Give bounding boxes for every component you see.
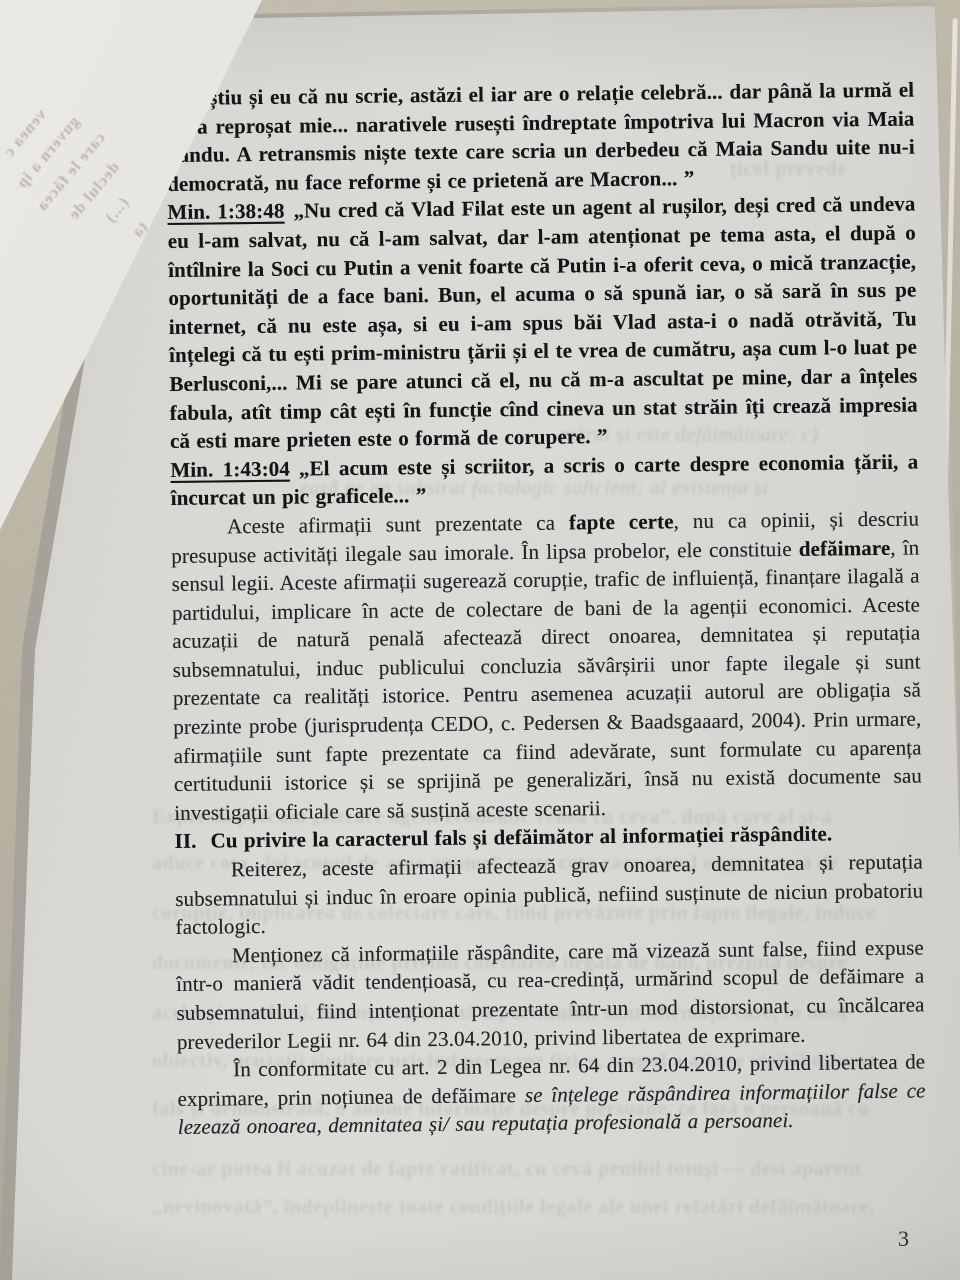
quote-paragraph: Min. 1:38:48„Nu cred că Vlad Filat este …: [167, 190, 918, 456]
quote-paragraph: Min. 1:43:04„El acum este și scriitor, a…: [170, 447, 919, 513]
quote-text: „Nu cred că Vlad Filat este un agent al …: [168, 192, 918, 453]
body-paragraph: Menționez că informațiile răspândite, ca…: [176, 933, 925, 1056]
timestamp-label: Min. 1:43:04: [170, 456, 290, 481]
document-photo: țicol prevede mărui și este defăimătoare…: [0, 0, 960, 1280]
document-text: - da știu și eu că nu scrie, astăzi el i…: [166, 76, 926, 1142]
section-number: II.: [174, 829, 196, 853]
bleedthrough-fragment: cine-ar putea fi acuzat de fapte ratific…: [152, 1158, 934, 1181]
emphasis-text: defăimare: [799, 535, 891, 560]
body-paragraph: Reiterez, aceste afirmații afectează gra…: [175, 847, 924, 941]
body-paragraph: În conformitate cu art. 2 din Legea nr. …: [177, 1048, 926, 1142]
quote-text: - da știu și eu că nu scrie, astăzi el i…: [166, 78, 915, 196]
page-number: 3: [898, 1226, 909, 1252]
bleedthrough-fragment: „nevinovată”, îndeplinește toate condiți…: [152, 1196, 934, 1219]
quote-paragraph: - da știu și eu că nu scrie, astăzi el i…: [166, 76, 915, 199]
body-paragraph: Aceste afirmații sunt prezentate ca fapt…: [171, 504, 923, 827]
emphasis-text: fapte certe: [569, 509, 674, 534]
timestamp-label: Min. 1:38:48: [167, 199, 284, 224]
